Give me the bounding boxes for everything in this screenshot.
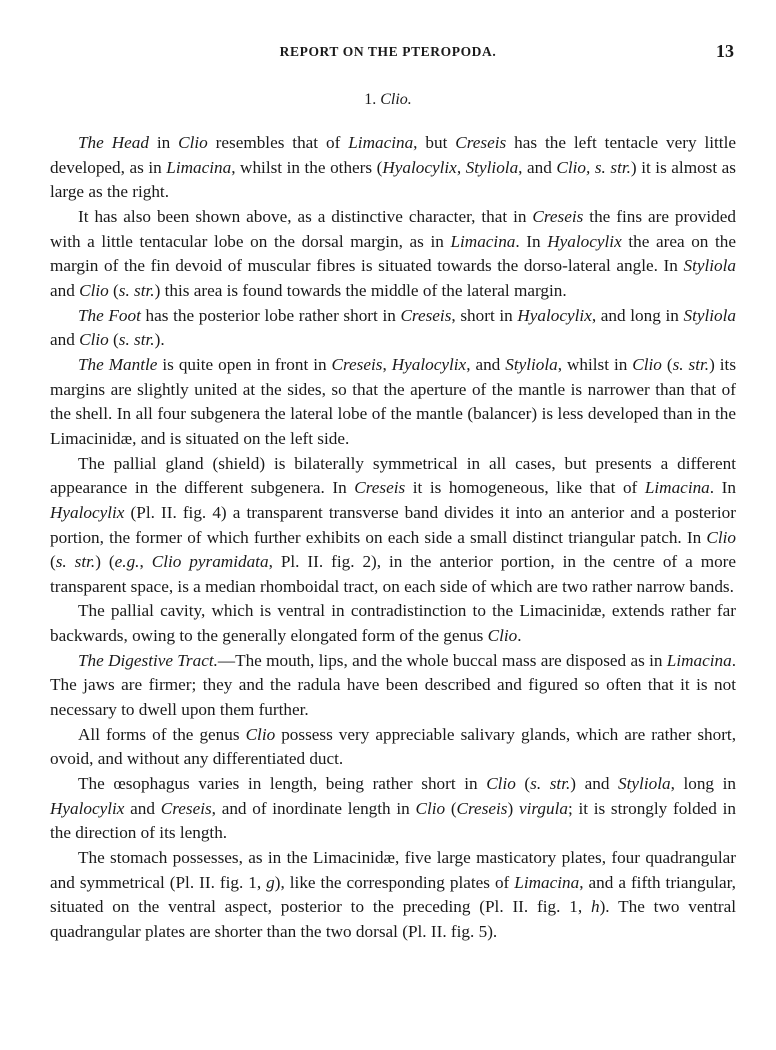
text-run: , but [413,133,455,152]
italic-text: Styliola [683,256,736,275]
text-run: , [457,158,466,177]
text-run: , and long in [592,306,684,325]
italic-text: Limacina [166,158,231,177]
page-number: 13 [716,41,734,62]
italic-text: Hyalocylix [517,306,591,325]
paragraph: It has also been shown above, as a disti… [50,205,736,304]
italic-text: s. str. [673,355,710,374]
text-run: is quite open in front in [157,355,331,374]
paragraph: The œsophagus varies in length, being ra… [50,772,736,846]
italic-text: The Mantle [78,355,157,374]
italic-text: s. str. [530,774,570,793]
paragraph: The pallial cavity, which is ventral in … [50,599,736,648]
italic-text: Creseis [332,355,383,374]
italic-text: virgula [519,799,568,818]
text-run: ) ( [95,552,114,571]
italic-text: Clio [415,799,445,818]
paragraph: The pallial gland (shield) is bilaterall… [50,452,736,600]
text-run: —The mouth, lips, and the whole buccal m… [218,651,667,670]
italic-text: Hyalocylix [392,355,466,374]
text-run: ) [507,799,518,818]
text-run: (Pl. II. fig. 4) a transparent transvers… [50,503,736,547]
text-run: ), like the corresponding plates of [275,873,515,892]
text-run: ). [155,330,165,349]
italic-text: e.g. [115,552,140,571]
paragraph: The Head in Clio resembles that of Limac… [50,131,736,205]
paragraph: The stomach possesses, as in the Limacin… [50,846,736,945]
italic-text: Creseis [457,799,508,818]
text-run: . In [515,232,547,251]
text-run: The pallial cavity, which is ventral in … [50,601,736,645]
text-run: , long in [671,774,736,793]
italic-text: g [266,873,275,892]
text-run: The œsophagus varies in length, being ra… [78,774,486,793]
text-run: has the posterior lobe rather short in [141,306,401,325]
italic-text: Limacina [348,133,413,152]
text-run: it is homogeneous, like that of [405,478,645,497]
italic-text: Hyalocylix [50,503,124,522]
text-run: in [149,133,178,152]
text-run: and [50,330,79,349]
italic-text: Clio [79,330,109,349]
paragraph: The Digestive Tract.—The mouth, lips, an… [50,649,736,723]
italic-text: Hyalo­cylix [547,232,621,251]
italic-text: Creseis [455,133,506,152]
italic-text: s. str. [119,281,155,300]
text-run: , whilst in [558,355,633,374]
text-run: , and [518,158,556,177]
italic-text: Limacina [514,873,579,892]
italic-text: The Foot [78,306,141,325]
italic-text: Hyalocylix [382,158,456,177]
italic-text: Clio [706,528,736,547]
italic-text: Clio [488,626,518,645]
italic-text: Creseis [161,799,212,818]
text-run: ) and [570,774,618,793]
italic-text: Clio [632,355,662,374]
italic-text: Limacina [645,478,710,497]
text-run: . In [710,478,736,497]
italic-text: s. str. [56,552,96,571]
italic-text: Creseis [354,478,405,497]
text-run: ( [516,774,530,793]
italic-text: Clio, s. str. [556,158,631,177]
text-run: , short in [451,306,517,325]
italic-text: Styliola [466,158,519,177]
paragraph: The Mantle is quite open in front in Cre… [50,353,736,452]
italic-text: Styliola [618,774,671,793]
document-page: REPORT ON THE PTEROPODA. 13 1. Clio. The… [0,0,776,1050]
text-run: ( [109,330,119,349]
italic-text: h [591,897,600,916]
italic-text: Styliola [683,306,736,325]
running-title: REPORT ON THE PTEROPODA. [0,44,776,60]
text-run: , whilst in the others ( [231,158,382,177]
italic-text: Hyalocylix [50,799,124,818]
italic-text: The Digestive Tract. [78,651,218,670]
italic-text: Clio [246,725,276,744]
text-run: ( [109,281,119,300]
italic-text: The Head [78,133,149,152]
section-title: Clio. [380,91,412,108]
text-run: ( [662,355,673,374]
italic-text: Styliola [505,355,558,374]
section-heading: 1. Clio. [0,91,776,109]
text-run: , and of inordinate length in [212,799,416,818]
paragraph: The Foot has the posterior lobe rather s… [50,304,736,353]
text-run: It has also been shown above, as a disti… [78,207,532,226]
running-head: REPORT ON THE PTEROPODA. 13 [0,44,776,66]
text-run: ) this area is found towards the middle … [155,281,567,300]
italic-text: Creseis [532,207,583,226]
text-run: resembles that of [208,133,348,152]
italic-text: Limacina [667,651,732,670]
italic-text: s. str. [119,330,155,349]
text-run: , and [466,355,505,374]
italic-text: Clio [79,281,109,300]
italic-text: Clio [178,133,208,152]
body-text: The Head in Clio resembles that of Limac… [50,131,736,945]
text-run: . [517,626,521,645]
text-run: and [50,281,79,300]
text-run: , [382,355,391,374]
italic-text: Creseis [400,306,451,325]
italic-text: Clio pyramidata [152,552,269,571]
paragraph: All forms of the genus Clio possess very… [50,723,736,772]
section-number: 1. [364,91,376,108]
text-run: All forms of the genus [78,725,246,744]
text-run: and [124,799,160,818]
italic-text: Clio [486,774,516,793]
italic-text: Limacina [450,232,515,251]
text-run: ( [445,799,456,818]
text-run: , [139,552,151,571]
